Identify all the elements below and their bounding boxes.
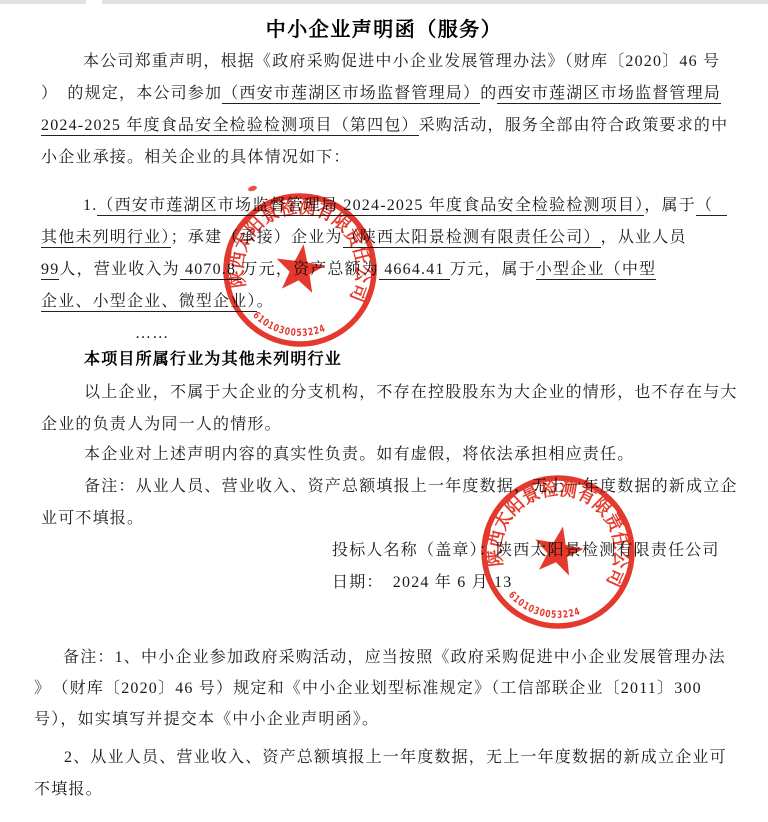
note2-line1: 2、从业人员、营业收入、资产总额填报上一年度数据，无上一年度数据的新成立企业可: [64, 748, 727, 768]
p1-line4: 小企业承接。相关企业的具体情况如下：: [41, 148, 351, 168]
item1-line1: 1.（西安市莲湖区市场监督管理局 2024-2025 年度食品安全检验检测项目）…: [83, 196, 727, 216]
p1-line1: 本公司郑重声明，根据《政府采购促进中小企业发展管理办法》（财库〔2020〕46 …: [83, 52, 720, 72]
document-page: 中小企业声明函（服务） 本公司郑重声明，根据《政府采购促进中小企业发展管理办法》…: [0, 0, 768, 822]
seal-number-text: 6101030053224: [503, 589, 584, 627]
seal-star-icon: [530, 522, 587, 578]
company-seal-signature: 陕西太阳景检测有限责任公司 6101030053224: [458, 452, 657, 651]
ellipsis-line: ……: [135, 324, 169, 344]
note1-line1: 备注：1、中小企业参加政府采购活动，应当按照《政府采购促进中小企业发展管理办法: [63, 648, 726, 668]
scan-edge-artifact: [0, 0, 768, 4]
seal-star-icon: [273, 241, 328, 294]
blank-project-name: 2024-2025 年度食品安全检验检测项目（第四包）: [41, 117, 419, 136]
company-seal-top: 陕西太阳景检测有限责任公司 6101030053224: [204, 174, 396, 366]
p1-line3: 2024-2025 年度食品安全检验检测项目（第四包）采购活动，服务全部由符合政…: [41, 116, 728, 136]
blank-industry: 其他未列明行业）: [41, 229, 171, 248]
note1-line2: 》 （财库〔2020〕46 号）规定和《中小企业划型标准规定》（工信部联企业〔2…: [34, 679, 702, 699]
blank-employees: 99: [41, 261, 59, 280]
p1-line2: ） 的规定，本公司参加（西安市莲湖区市场监督管理局）的西安市莲湖区市场监督管理局: [41, 84, 721, 104]
seal-graphic: 陕西太阳景检测有限责任公司 6101030053224: [458, 452, 657, 651]
note2-line2: 不填报。: [34, 780, 103, 800]
p4-line1: 本企业对上述声明内容的真实性负责。如有虚假，将依法承担相应责任。: [84, 445, 634, 465]
blank-project-owner: 西安市莲湖区市场监督管理局: [497, 85, 721, 104]
seal-graphic: 陕西太阳景检测有限责任公司 6101030053224: [204, 174, 396, 366]
blank-enterprise-type: 小型企业（中型: [536, 261, 656, 280]
blank-industry-open: （: [696, 197, 727, 216]
scan-edge-gap: [86, 0, 102, 4]
p3-line1: 以上企业，不属于大企业的分支机构，不存在控股股东为大企业的情形，也不存在与大: [84, 383, 738, 403]
blank-purchaser: （西安市莲湖区市场监督管理局）: [222, 85, 480, 104]
blank-assets: 4664.41: [379, 261, 450, 280]
page-title: 中小企业声明函（服务）: [0, 13, 768, 42]
note1-line3: 号），如实填写并提交本《中小企业声明函》。: [34, 710, 379, 730]
seal-number-text: 6101030053224: [248, 309, 329, 343]
p3-line2: 企业的负责人为同一人的情形。: [41, 415, 282, 435]
p5-line2: 业可不填报。: [41, 509, 144, 529]
